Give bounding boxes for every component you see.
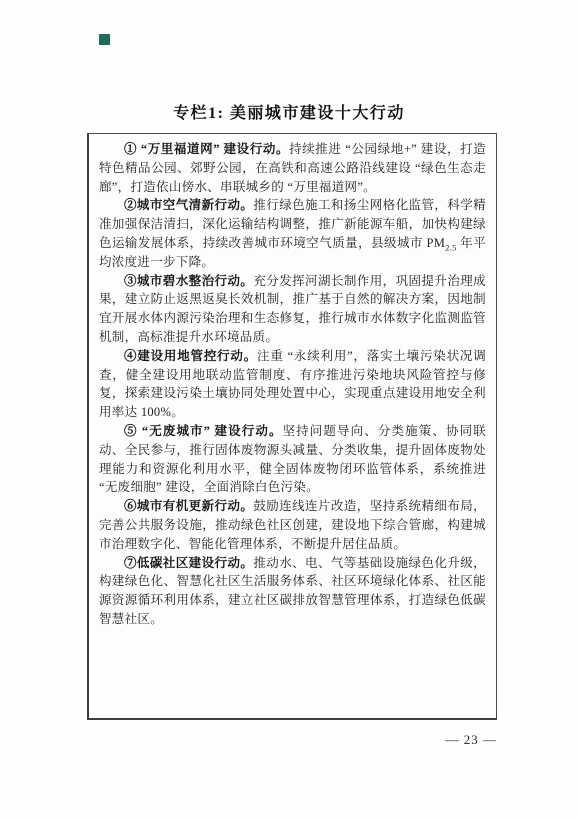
action-item-1: ① “万里福道网” 建设行动。持续推进 “公园绿地+” 建设，打造特色精品公园、… xyxy=(99,140,486,196)
action-item-3: ③城市碧水整治行动。充分发挥河湖长制作用，巩固提升治理成果，建立防止返黑返臭长效… xyxy=(99,272,486,347)
action-item-lead: ③城市碧水整治行动。 xyxy=(124,274,253,288)
document-page: 专栏1: 美丽城市建设十大行动 ① “万里福道网” 建设行动。持续推进 “公园绿… xyxy=(0,0,578,818)
action-item-lead: ④建设用地管控行动。 xyxy=(124,349,257,363)
action-item-7: ⑦低碳社区建设行动。推动水、电、气等基础设施绿色化升级，构建绿色化、智慧化社区生… xyxy=(99,554,486,629)
page-title: 专栏1: 美丽城市建设十大行动 xyxy=(0,100,578,123)
action-box: ① “万里福道网” 建设行动。持续推进 “公园绿地+” 建设，打造特色精品公园、… xyxy=(87,133,497,720)
action-item-5: ⑤ “无废城市” 建设行动。坚持问题导向、分类施策、协同联动、全民参与，推行固体… xyxy=(99,422,486,497)
action-item-2: ②城市空气清新行动。推行绿色施工和扬尘网格化监管，科学精准加强保洁清扫，深化运输… xyxy=(99,196,486,271)
action-item-lead: ②城市空气清新行动。 xyxy=(124,198,253,212)
action-item-4: ④建设用地管控行动。注重 “永续利用”，落实土壤污染状况调查，健全建设用地联动监… xyxy=(99,347,486,422)
action-item-lead: ⑦低碳社区建设行动。 xyxy=(124,556,253,570)
action-item-lead: ⑥城市有机更新行动。 xyxy=(124,499,253,513)
action-item-lead: ⑤ “无废城市” 建设行动。 xyxy=(124,424,283,438)
action-item-6: ⑥城市有机更新行动。鼓励连线连片改造，坚持系统精细布局，完善公共服务设施，推动绿… xyxy=(99,497,486,553)
action-item-lead: ① “万里福道网” 建设行动。 xyxy=(124,142,289,156)
page-number: — 23 — xyxy=(87,732,497,748)
pm25-subscript: 2.5 xyxy=(445,242,457,252)
corner-mark xyxy=(99,34,110,45)
